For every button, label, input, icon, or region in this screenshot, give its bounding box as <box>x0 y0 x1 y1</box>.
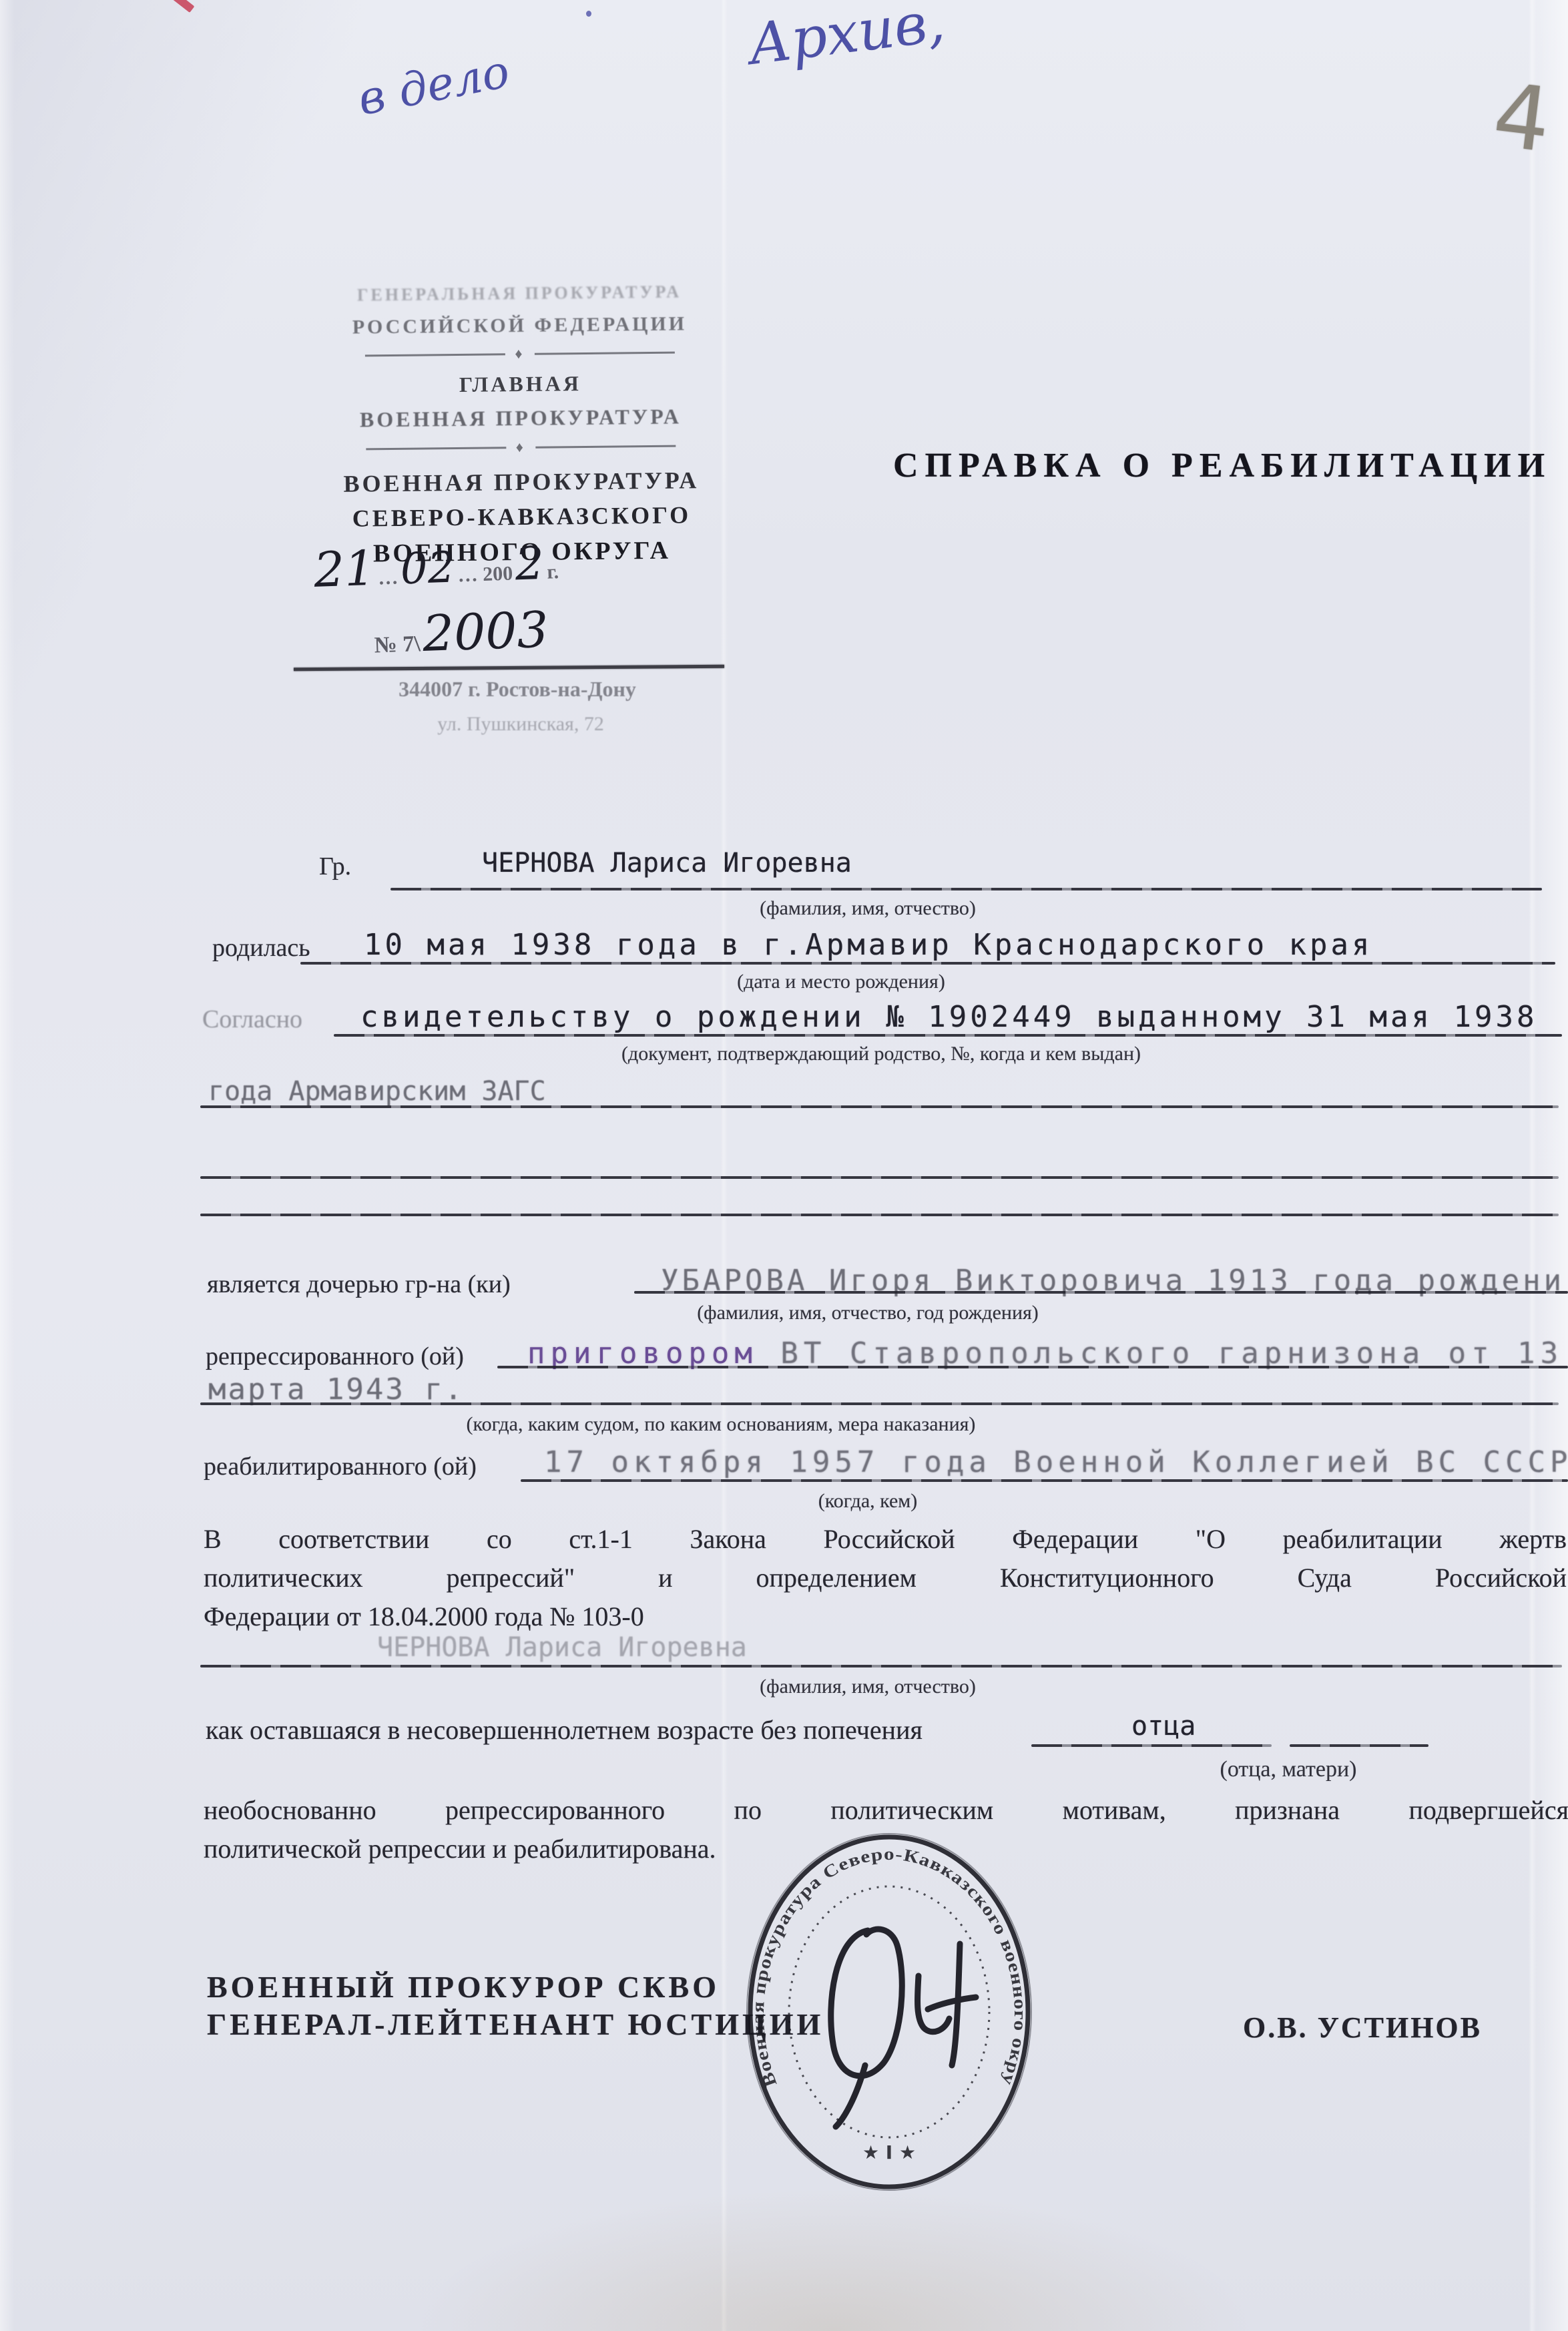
official-round-seal: Военная прокуратура Северо-Кавказского в… <box>734 1830 1045 2201</box>
custody-sublabel: (отца, матери) <box>1161 1757 1415 1782</box>
rule-line <box>1290 1744 1428 1747</box>
rule-line <box>200 1665 1562 1667</box>
custody-value: отца <box>1131 1711 1196 1742</box>
handwritten-to-file-note: в дело <box>354 45 514 126</box>
diamond-glyph: ♦ <box>516 439 527 456</box>
rehabilitated-sublabel: (когда, кем) <box>721 1490 1015 1513</box>
stamp-date-year-hand: 2 <box>514 537 545 591</box>
father-sublabel: (фамилия, имя, отчество, год рождения) <box>567 1302 1168 1324</box>
name2-sublabel: (фамилия, имя, отчество) <box>634 1675 1101 1698</box>
document-scan-page: Архив, в дело 4 ГЕНЕРАЛЬНАЯ ПРОКУРАТУРА … <box>0 0 1568 2331</box>
daughter-label: является дочерью гр-на (ки) <box>207 1270 511 1299</box>
seal-bottom-stars: ★ I ★ <box>862 2141 916 2163</box>
name2-value: ЧЕРНОВА Лариса Игоревна <box>377 1632 747 1663</box>
rehabilitated-label: реабилитированного (ой) <box>204 1452 477 1481</box>
rule-line <box>1031 1744 1272 1747</box>
letterhead-divider: ♦ <box>277 436 764 459</box>
stamp-address-street: ул. Пушкинская, 72 <box>320 713 721 736</box>
rule-line <box>521 1479 1568 1482</box>
page-number: 4 <box>1488 63 1556 172</box>
law-paragraph-line2: политических репрессий" и определением К… <box>204 1562 1567 1593</box>
born-sublabel: (дата и место рождения) <box>587 971 1095 993</box>
handwritten-archive-note: Архив, <box>745 0 948 77</box>
gr-label: Гр. <box>319 852 351 881</box>
letterhead-org-line4: ВОЕННАЯ ПРОКУРАТУРА <box>277 403 764 433</box>
born-value: 10 мая 1938 года в г.Армавир Краснодарск… <box>364 928 1373 962</box>
law-paragraph-line3: Федерации от 18.04.2000 года № 103-0 <box>204 1601 1567 1632</box>
letterhead-divider: ♦ <box>276 342 764 365</box>
according-label: Согласно <box>202 1005 302 1034</box>
signer-name: О.В. УСТИНОВ <box>1243 2011 1482 2045</box>
rule-line <box>497 1366 1568 1368</box>
rehabilitated-value: 17 октября 1957 года Военной Коллегией В… <box>544 1445 1568 1479</box>
rule-line <box>634 1291 1568 1294</box>
rule-line <box>200 1105 1559 1108</box>
red-corner-mark <box>169 0 195 13</box>
diamond-glyph: ♦ <box>515 345 525 362</box>
stamp-date-month: 02 <box>400 543 456 595</box>
rule-line <box>334 1034 1562 1037</box>
seal-outer-ring <box>750 1837 1028 2187</box>
letterhead-org-line1: ГЕНЕРАЛЬНАЯ ПРОКУРАТУРА <box>276 281 763 306</box>
stamp-case-line: № 7\ 2003 <box>373 601 549 664</box>
rule-line <box>200 1176 1559 1179</box>
divider-line <box>535 445 676 448</box>
law-paragraph-line1: В соответствии со ст.1-1 Закона Российск… <box>204 1523 1567 1555</box>
divider-line <box>365 353 505 356</box>
stamp-case-label: № 7\ <box>374 631 421 658</box>
letterhead-org-line2: РОССИЙСКОЙ ФЕДЕРАЦИИ <box>276 312 763 340</box>
stamp-separator-line <box>294 665 724 672</box>
rule-line <box>200 1214 1559 1216</box>
document-value: свидетельству о рождении № 1902449 выдан… <box>360 1000 1537 1034</box>
letterhead-stamp: ГЕНЕРАЛЬНАЯ ПРОКУРАТУРА РОССИЙСКОЙ ФЕДЕР… <box>276 281 766 569</box>
born-label: родилась <box>212 933 310 963</box>
stamp-address-city: 344007 г. Ростов-на-Дону <box>304 677 731 702</box>
document-value-2: года Армавирским ЗАГС <box>208 1076 546 1107</box>
document-title: СПРАВКА О РЕАБИЛИТАЦИИ <box>893 446 1551 485</box>
rule-line <box>390 888 1542 890</box>
signer-position-line2: ГЕНЕРАЛ-ЛЕЙТЕНАНТ ЮСТИЦИИ <box>207 2007 824 2042</box>
blue-ink-dot <box>586 11 591 17</box>
divider-line <box>366 447 507 450</box>
divider-line <box>534 351 674 354</box>
letterhead-org-line3: ГЛАВНАЯ <box>276 369 764 399</box>
custody-label: как оставшаяся в несовершеннолетнем возр… <box>206 1714 1027 1746</box>
repressed-value-2: марта 1943 г. <box>208 1372 464 1406</box>
stamp-date-suffix: г. <box>547 561 559 583</box>
signer-position-line1: ВОЕННЫЙ ПРОКУРОР СКВО <box>207 1969 720 2005</box>
name-sublabel: (фамилия, имя, отчество) <box>601 897 1135 920</box>
rule-line <box>200 1402 1559 1405</box>
letterhead-org-line5: ВОЕННАЯ ПРОКУРАТУРА <box>278 465 765 499</box>
seal-signature-flourish <box>831 1929 976 2127</box>
stamp-date-dots: … 200 <box>457 562 513 586</box>
rule-line <box>300 962 1555 965</box>
name-value: ЧЕРНОВА Лариса Игоревна <box>482 848 852 878</box>
document-sublabel: (документ, подтверждающий родство, №, ко… <box>414 1043 1348 1065</box>
closing-line1: необоснованно репрессированного по полит… <box>204 1794 1568 1826</box>
seal-ring-text: Военная прокуратура Северо-Кавказского в… <box>734 1830 1030 2089</box>
seal-ring-text-holder: Военная прокуратура Северо-Кавказского в… <box>734 1830 1030 2089</box>
stamp-case-number: 2003 <box>422 601 549 663</box>
stamp-date-dots: … <box>378 566 399 589</box>
repressed-label: репрессированного (ой) <box>206 1342 464 1371</box>
repressed-sublabel: (когда, каким судом, по каким основаниям… <box>287 1413 1155 1436</box>
stamp-date-day: 21 <box>313 540 376 598</box>
